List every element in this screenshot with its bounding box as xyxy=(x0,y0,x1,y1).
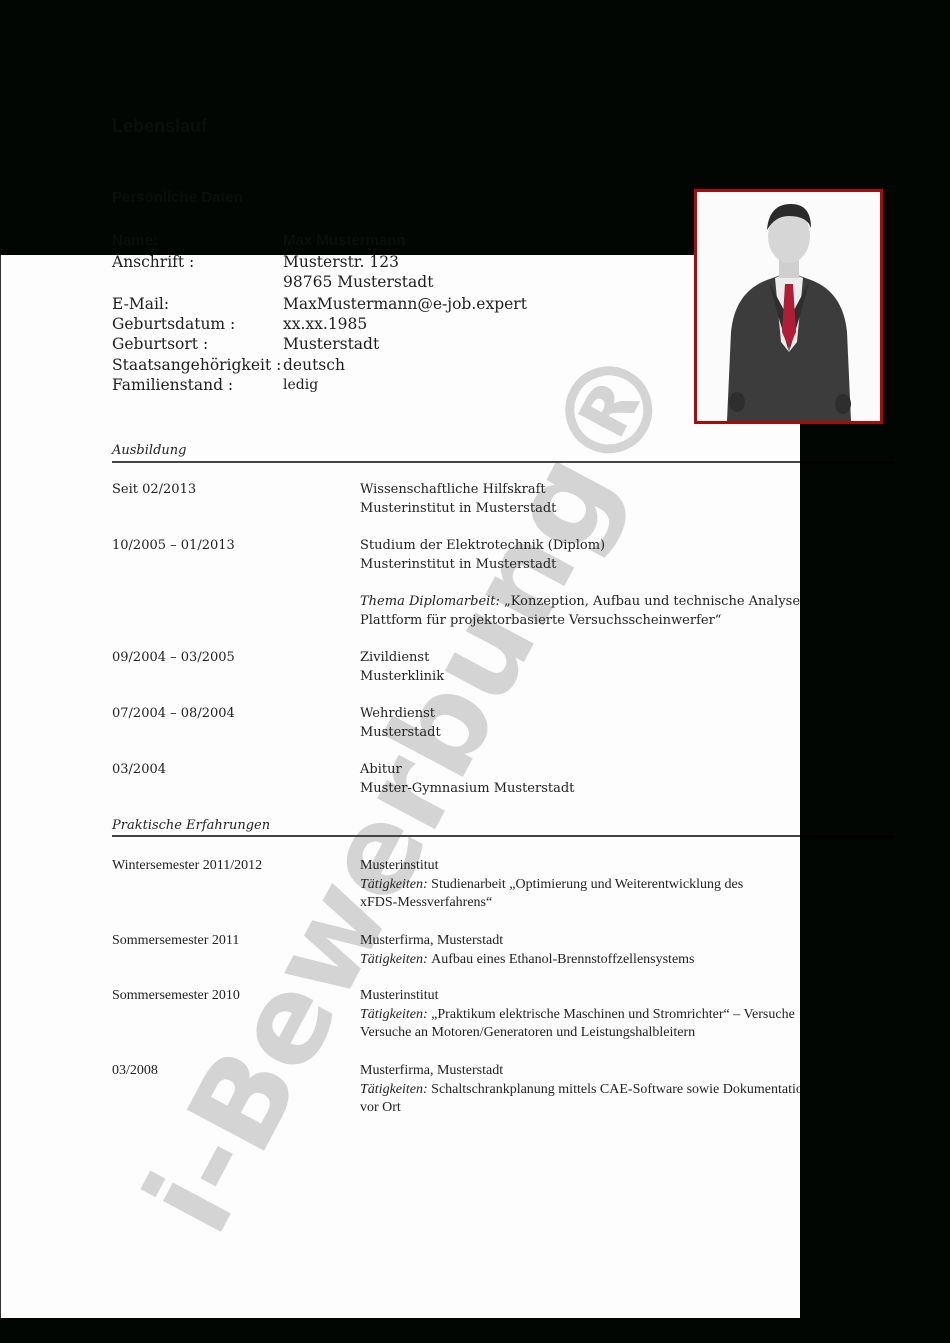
entry-line: Abitur xyxy=(360,761,574,780)
entry-line: Plattform für projektorbasierte Versuchs… xyxy=(360,612,838,631)
name-value: Max Mustermann xyxy=(283,232,406,249)
entry-line: xFDS-Messverfahrens“ xyxy=(360,894,743,913)
entry-date: 10/2005 – 01/2013 xyxy=(112,537,235,556)
entry-line: Tätigkeiten: Studienarbeit „Optimierung … xyxy=(360,876,743,895)
personal-data-label: Geburtsort : xyxy=(112,334,208,354)
entry-description: MusterinstitutTätigkeiten: Studienarbeit… xyxy=(360,857,743,913)
entry-date: 09/2004 – 03/2005 xyxy=(112,649,235,668)
entry-line: Studium der Elektrotechnik (Diplom) xyxy=(360,537,605,556)
entry-line: Tätigkeiten: Aufbau eines Ethanol-Brenns… xyxy=(360,951,695,970)
entry-company: Musterfirma, Musterstadt xyxy=(360,1062,810,1081)
entry-description: Musterfirma, MusterstadtTätigkeiten: Auf… xyxy=(360,932,695,969)
entry-description: AbiturMuster-Gymnasium Musterstadt xyxy=(360,761,574,798)
entry-description: Musterfirma, MusterstadtTätigkeiten: Sch… xyxy=(360,1062,810,1118)
entry-company: Musterfirma, Musterstadt xyxy=(360,932,695,951)
section-rule xyxy=(112,835,800,837)
personal-data-row: Geburtsdatum :xx.xx.1985 xyxy=(112,314,712,334)
entry-description: ZivildienstMusterklinik xyxy=(360,649,444,686)
entry-description: MusterinstitutTätigkeiten: „Praktikum el… xyxy=(360,987,795,1043)
entry-company: Musterinstitut xyxy=(360,857,743,876)
entry-line: vor Ort xyxy=(360,1099,810,1118)
entry-description: Studium der Elektrotechnik (Diplom)Muste… xyxy=(360,537,605,574)
section-heading-personal: Persönliche Daten xyxy=(112,189,243,206)
personal-data-value: MaxMustermann@e-job.expert xyxy=(283,294,527,314)
entry-date: Wintersemester 2011/2012 xyxy=(112,857,262,876)
entry-date: Sommersemester 2011 xyxy=(112,932,239,951)
entry-company: Musterinstitut xyxy=(360,987,795,1006)
section-heading-education: Ausbildung xyxy=(112,443,186,458)
personal-data-value: Musterstr. 123 xyxy=(283,252,399,272)
entry-date: Seit 02/2013 xyxy=(112,481,196,500)
personal-data-value: xx.xx.1985 xyxy=(283,314,367,334)
entry-line: Musterinstitut in Musterstadt xyxy=(360,556,605,575)
entry-line: Musterklinik xyxy=(360,668,444,687)
entry-line: Versuche an Motoren/Generatoren und Leis… xyxy=(360,1024,795,1043)
personal-data-label: Staatsangehörigkeit : xyxy=(112,355,281,375)
personal-data-row: Anschrift :Musterstr. 123 xyxy=(112,252,712,272)
entry-line: Muster-Gymnasium Musterstadt xyxy=(360,780,574,799)
entry-description: Thema Diplomarbeit: „Konzeption, Aufbau … xyxy=(360,593,838,630)
entry-line: Wissenschaftliche Hilfskraft xyxy=(360,481,556,500)
personal-data-label: Anschrift : xyxy=(112,252,194,272)
personal-data-label: E-Mail: xyxy=(112,294,169,314)
personal-data-row: Familienstand :ledig xyxy=(112,375,712,395)
entry-description: WehrdienstMusterstadt xyxy=(360,705,441,742)
entry-line: Musterstadt xyxy=(360,724,441,743)
activity-label: Tätigkeiten: xyxy=(360,952,431,967)
section-rule-extension xyxy=(800,835,895,838)
entry-description: Wissenschaftliche HilfskraftMusterinstit… xyxy=(360,481,556,518)
entry-date: 07/2004 – 08/2004 xyxy=(112,705,235,724)
personal-data-value: ledig xyxy=(283,375,318,395)
personal-data-value: deutsch xyxy=(283,355,345,375)
personal-data-value: Musterstadt xyxy=(283,334,379,354)
entry-date: 03/2008 xyxy=(112,1062,158,1081)
personal-data-row: Staatsangehörigkeit :deutsch xyxy=(112,355,712,375)
section-rule xyxy=(112,461,800,463)
entry-line: Tätigkeiten: „Praktikum elektrische Masc… xyxy=(360,1006,795,1025)
entry-line: Thema Diplomarbeit: „Konzeption, Aufbau … xyxy=(360,593,838,612)
name-label: Name: xyxy=(112,232,158,249)
personal-data-label: Geburtsdatum : xyxy=(112,314,235,334)
profile-photo xyxy=(694,189,883,424)
personal-data-value: 98765 Musterstadt xyxy=(283,272,433,292)
section-heading-experience: Praktische Erfahrungen xyxy=(112,818,270,833)
entry-line: Wehrdienst xyxy=(360,705,441,724)
entry-date: Sommersemester 2010 xyxy=(112,987,240,1006)
document-title: Lebenslauf xyxy=(112,116,207,137)
section-rule-extension xyxy=(800,461,895,464)
activity-label: Tätigkeiten: xyxy=(360,1082,431,1097)
entry-label: Thema Diplomarbeit: xyxy=(360,594,504,609)
personal-data-row: Geburtsort :Musterstadt xyxy=(112,334,712,354)
entry-date: 03/2004 xyxy=(112,761,166,780)
personal-data-row: 98765 Musterstadt xyxy=(112,272,712,292)
entry-line: Tätigkeiten: Schaltschrankplanung mittel… xyxy=(360,1081,810,1100)
activity-label: Tätigkeiten: xyxy=(360,877,431,892)
personal-data-row: E-Mail:MaxMustermann@e-job.expert xyxy=(112,294,712,314)
personal-data-label: Familienstand : xyxy=(112,375,233,395)
entry-line: Zivildienst xyxy=(360,649,444,668)
person-portrait-icon xyxy=(697,192,880,421)
activity-label: Tätigkeiten: xyxy=(360,1007,431,1022)
entry-line: Musterinstitut in Musterstadt xyxy=(360,500,556,519)
